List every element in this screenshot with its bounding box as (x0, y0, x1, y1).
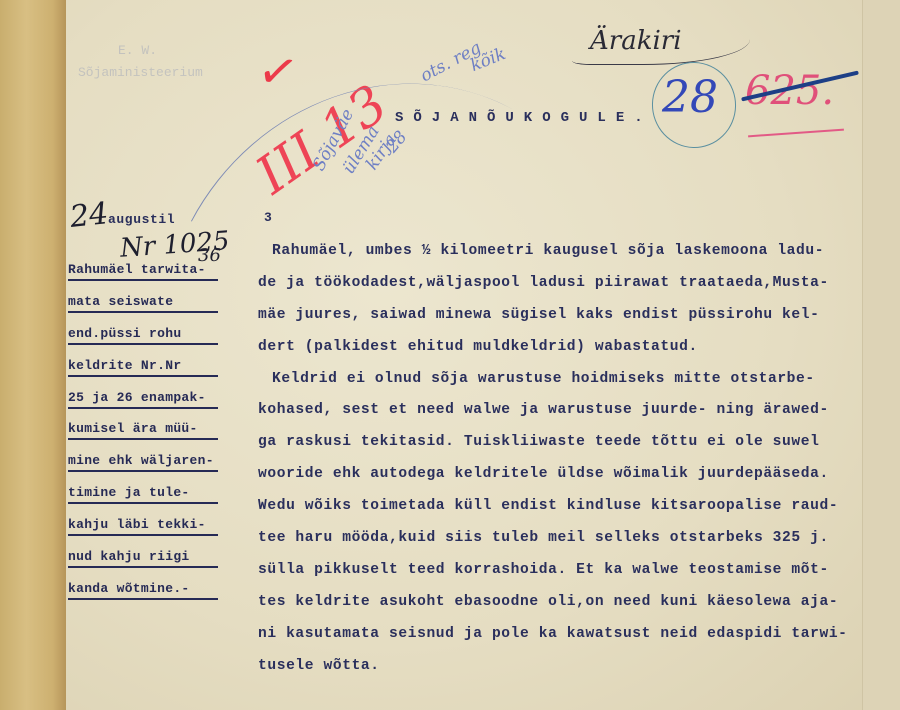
margin-note-line: kahju läbi tekki- (68, 515, 228, 547)
copy-signature: Ärakiri (590, 26, 682, 56)
margin-note-line: mata seiswate (68, 292, 228, 324)
margin-note-line: kanda wõtmine.- (68, 579, 228, 611)
body-line: mäe juures, saiwad minewa sügisel kaks e… (258, 300, 858, 332)
margin-note-text: timine ja tule- (68, 485, 218, 504)
body-line: tee haru mööda,kuid siis tuleb meil sell… (258, 523, 858, 555)
body-line: Keldrid ei olnud sõja warustuse hoidmise… (258, 364, 858, 396)
underlying-page-edge (862, 0, 900, 710)
body-line: dert (palkidest ehitud muldkeldrid) waba… (258, 332, 858, 364)
body-line: tusele wõtta. (258, 651, 858, 683)
margin-note-text: keldrite Nr.Nr (68, 358, 218, 377)
margin-note-text: 25 ja 26 enampak- (68, 390, 218, 409)
handwritten-day: 24 (68, 196, 110, 235)
date-year-digit: 3 (264, 210, 272, 225)
margin-note-line: nud kahju riigi (68, 547, 228, 579)
margin-note-text: kanda wõtmine.- (68, 581, 218, 600)
blue-document-number: 28 (662, 72, 718, 123)
body-line: wooride ehk autodega keldritele üldse wõ… (258, 459, 858, 491)
stamp-line: E. W. (78, 40, 258, 62)
margin-note-line: end.püssi rohu (68, 324, 228, 356)
body-line: de ja töökodadest,wäljaspool ladusi piir… (258, 268, 858, 300)
body-line: sülla pikkuselt teed korrashoida. Et ka … (258, 555, 858, 587)
body-line: Rahumäel, umbes ½ kilomeetri kaugusel sõ… (258, 236, 858, 268)
margin-note-text: mata seiswate (68, 294, 218, 313)
margin-note-text: end.püssi rohu (68, 326, 218, 345)
margin-note-line: timine ja tule- (68, 483, 228, 515)
margin-summary: Rahumäel tarwita-mata seiswateend.püssi … (68, 260, 228, 611)
body-line: Wedu wõiks toimetada küll endist kindlus… (258, 491, 858, 523)
margin-note-text: mine ehk wäljaren- (68, 453, 218, 472)
body-line: kohased, sest et need walwe ja warustuse… (258, 395, 858, 427)
margin-note-line: kumisel ära müü- (68, 419, 228, 451)
document-body: Rahumäel, umbes ½ kilomeetri kaugusel sõ… (258, 236, 858, 682)
binder-spine (0, 0, 66, 710)
margin-note-text: Rahumäel tarwita- (68, 262, 218, 281)
margin-note-text: nud kahju riigi (68, 549, 218, 568)
margin-note-text: kumisel ära müü- (68, 421, 218, 440)
stamp-line: Sõjaministeerium (78, 62, 258, 84)
body-line: ni kasutamata seisnud ja pole ka kawatsu… (258, 619, 858, 651)
body-line: ga raskusi tekitasid. Tuiskliiwaste teed… (258, 427, 858, 459)
margin-note-line: keldrite Nr.Nr (68, 356, 228, 388)
body-line: tes keldrite asukoht ebasoodne oli,on ne… (258, 587, 858, 619)
date-month: augustil (108, 212, 175, 227)
document-title: SÕJANÕUKOGULE. (395, 110, 653, 126)
margin-note-text: kahju läbi tekki- (68, 517, 218, 536)
margin-note-line: Rahumäel tarwita- (68, 260, 228, 292)
red-struck-number: 625. (745, 68, 834, 114)
margin-note-line: mine ehk wäljaren- (68, 451, 228, 483)
margin-note-line: 25 ja 26 enampak- (68, 388, 228, 420)
